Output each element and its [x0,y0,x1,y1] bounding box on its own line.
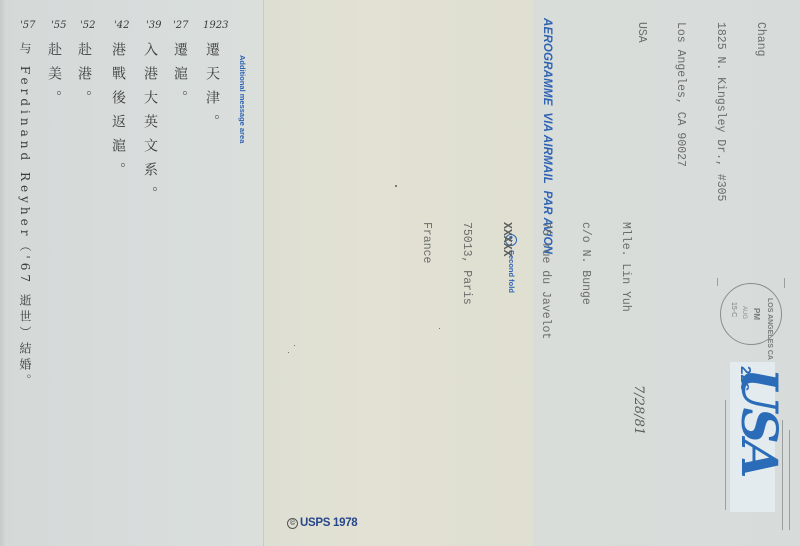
note-year-57: '57 [20,20,35,31]
note-year-52: '52 [80,20,95,31]
note-text-42: 港戰後返滬。 [110,42,132,186]
sender-line: USA [634,22,647,201]
paper-speck [288,352,289,353]
note-year-27: '27 [173,20,188,31]
sender-line: Los Angeles, CA 90027 [674,22,687,201]
paper-speck [294,345,295,346]
paper-speck [395,185,397,187]
cancel-line [725,400,726,510]
postmark-time: PM [752,308,761,320]
sender-address: Chang 1825 N. Kingsley Dr., #305 Los Ang… [621,22,793,201]
additional-message-area-label: Additional message area [237,55,246,143]
message-area-panel: 1923 遷天津。 '27 遷滬。 '39 入港大英文系。 '42 港戰後返滬。… [0,0,263,546]
postmark-date: AUG [740,306,747,319]
note-year-39: '39 [146,20,161,31]
note-year-1923: 1923 [203,20,228,31]
recipient-line: Mlle. Lin Yuh [618,222,631,339]
copyright-icon: © [287,518,298,529]
note-year-42: '42 [114,20,129,31]
sender-line: Chang [753,22,766,201]
postmark-code: 15-C [729,302,737,317]
cancel-mark [717,278,718,286]
note-text-52: 赴港。 [76,42,98,114]
postmark-city: LOS ANGELES CA [765,298,773,360]
cancel-mark [784,278,785,288]
handwritten-date: 7/28/81 [630,385,645,435]
note-text-1923: 遷天津。 [204,42,226,138]
aerogramme-banner: AEROGRAMME VIA AIRMAIL PAR AVION [540,18,553,254]
copyright-text: USPS 1978 [300,517,357,529]
sender-line: 1825 N. Kingsley Dr., #305 [714,22,727,201]
recipient-line: 75013, Paris [460,222,473,339]
recipient-line: France [420,222,433,339]
note-text-39: 入港大英文系。 [142,42,164,210]
note-text-27: 遷滬。 [172,42,194,114]
postmark-stamp: LOS ANGELES CA PM AUG 15-C [720,283,782,345]
note-text-57: 与 Ferdinand Reyher（'67 逝世）結婚。 [14,42,36,390]
recipient-address: Mlle. Lin Yuh c/o N. Bunge 75 rue du Jav… [407,222,658,339]
note-text-55: 赴美。 [46,42,68,114]
recipient-line: c/o N. Bunge [579,222,592,339]
cancel-line [789,430,790,530]
recipient-line: XXXXX [499,222,512,339]
recipient-line: 75 rue du Javelot [539,222,552,339]
cancel-line [782,420,783,530]
note-year-55: '55 [51,20,66,31]
usps-copyright: ©USPS 1978 [287,517,357,529]
stamp-country: USA [734,368,784,475]
